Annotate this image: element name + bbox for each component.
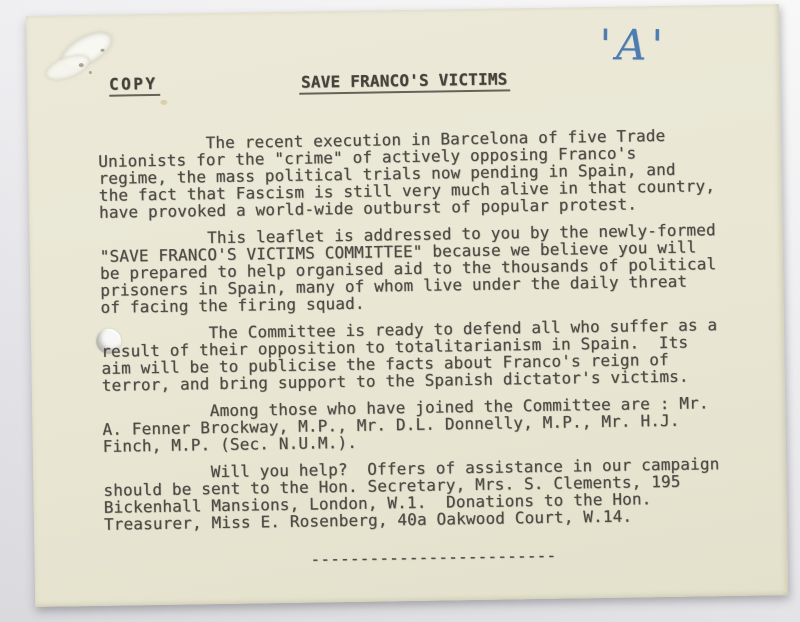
handwritten-annotation: 'A' — [599, 20, 668, 70]
paragraph: The Committee is ready to defend all who… — [101, 316, 747, 394]
paper-speck — [79, 63, 84, 67]
page-title: SAVE FRANCO'S VICTIMS — [299, 69, 510, 94]
paragraph: This leaflet is addressed to you by the … — [99, 221, 745, 316]
paragraph: Among those who have joined the Committe… — [102, 394, 748, 455]
document-body: The recent execution in Barcelona of fiv… — [98, 126, 749, 543]
paper-speck — [101, 49, 105, 52]
paper-spot — [160, 100, 167, 105]
typed-dashed-divider: ------------------------- — [310, 546, 556, 569]
copy-stamp: COPY — [109, 74, 160, 97]
photo-background: COPY SAVE FRANCO'S VICTIMS 'A' The recen… — [0, 0, 800, 622]
paragraph: Will you help? Offers of assistance in o… — [103, 455, 749, 533]
paper-speck — [89, 71, 92, 74]
document-page: COPY SAVE FRANCO'S VICTIMS 'A' The recen… — [26, 4, 788, 607]
paragraph: The recent execution in Barcelona of fiv… — [98, 126, 744, 221]
